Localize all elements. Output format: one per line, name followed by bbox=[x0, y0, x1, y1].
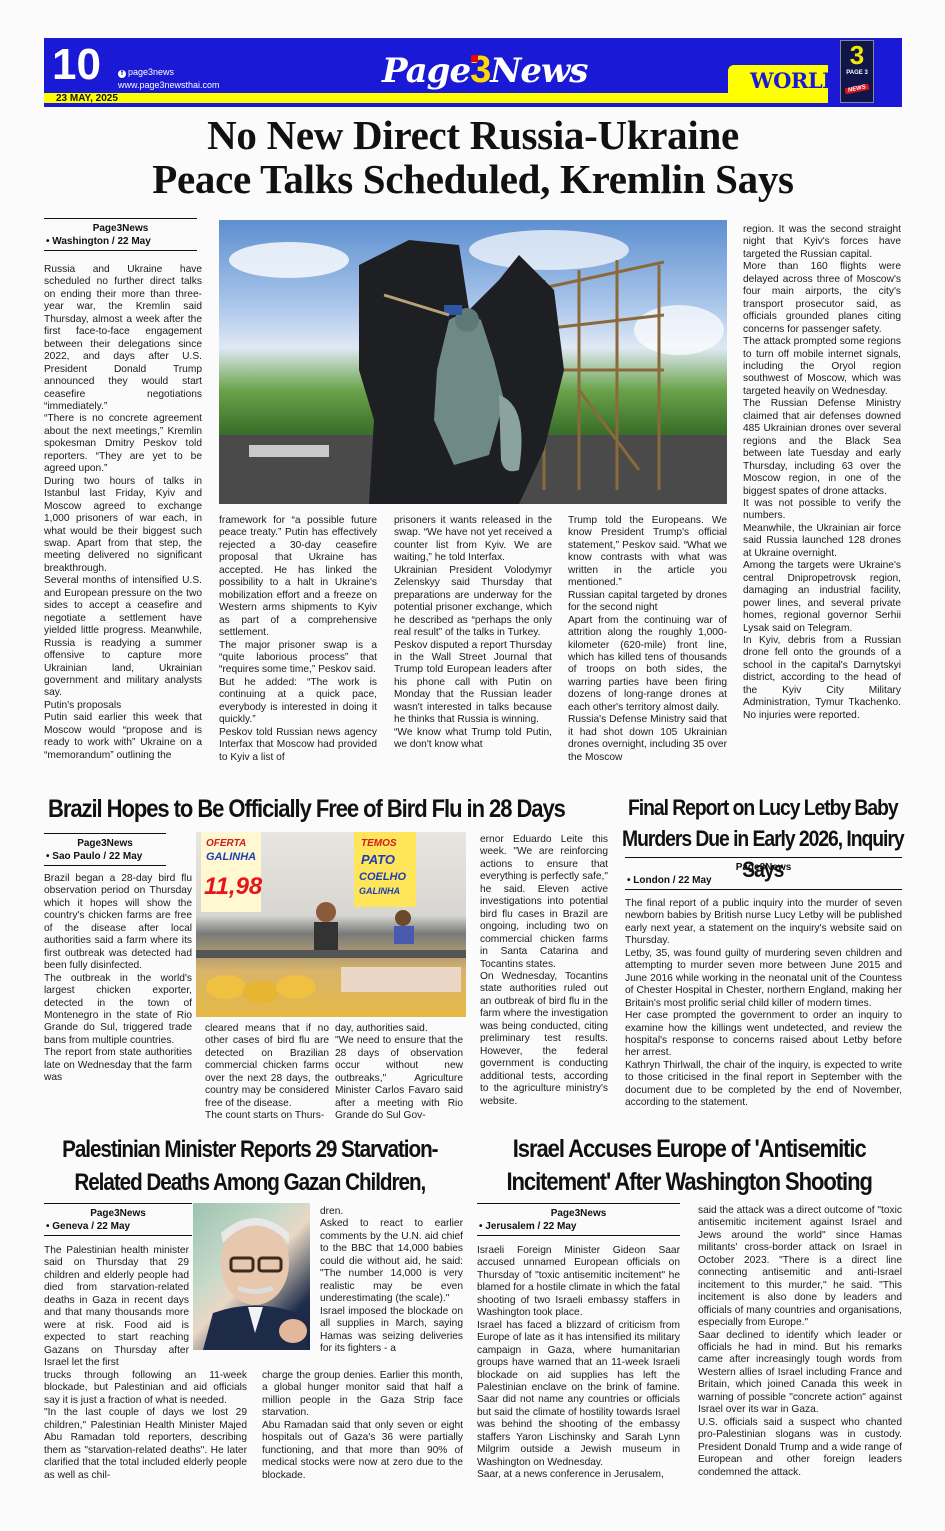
minister-portrait-image bbox=[193, 1203, 310, 1350]
article-column: Trump told the Europeans. We know Presid… bbox=[568, 515, 727, 764]
paragraph: Her case prompted the government to orde… bbox=[625, 1010, 902, 1060]
byline: Page3News • Washington / 22 May bbox=[44, 218, 197, 251]
subheading: Putin's proposals bbox=[44, 700, 202, 712]
paragraph: The final report of a public inquiry int… bbox=[625, 898, 902, 948]
byline-source: Page3News bbox=[625, 861, 902, 874]
paragraph: Asked to react to earlier comments by th… bbox=[320, 1218, 463, 1305]
subheading: Russian capital targeted by drones for t… bbox=[568, 590, 727, 615]
paragraph: Israel has faced a blizzard of criticism… bbox=[477, 1320, 680, 1469]
israel-headline: Israel Accuses Europe of 'Antisemitic In… bbox=[478, 1133, 900, 1199]
paragraph: said the attack was a direct outcome of … bbox=[698, 1205, 902, 1330]
article-column: said the attack was a direct outcome of … bbox=[698, 1205, 902, 1479]
article-column: framework for “a possible future peace t… bbox=[219, 515, 377, 764]
brazil-headline: Brazil Hopes to Be Officially Free of Bi… bbox=[48, 793, 565, 825]
paragraph: It was not possible to verify the number… bbox=[743, 498, 901, 523]
svg-text:11,98: 11,98 bbox=[204, 873, 263, 900]
paragraph: Israel imposed the blockade on all suppl… bbox=[320, 1306, 463, 1356]
page3-news-logo-icon: 3 PAGE 3 NEWS bbox=[840, 40, 874, 103]
brand-three: 3 bbox=[470, 49, 490, 91]
paragraph: framework for “a possible future peace t… bbox=[219, 515, 377, 640]
headline-line: Peace Talks Scheduled, Kremlin Says bbox=[44, 157, 902, 201]
article-column: dren. Asked to react to earlier comments… bbox=[320, 1206, 463, 1355]
headline-line: Israel Accuses Europe of 'Antisemitic bbox=[478, 1133, 900, 1166]
paragraph: Russia and Ukraine have scheduled no fur… bbox=[44, 264, 202, 413]
paragraph: Ukrainian President Volodymyr Zelenskyy … bbox=[394, 565, 552, 640]
paragraph: During two hours of talks in Istanbul la… bbox=[44, 476, 202, 576]
paragraph: Saar, at a news conference in Jerusalem, bbox=[477, 1469, 680, 1481]
svg-text:GALINHA: GALINHA bbox=[206, 851, 256, 863]
headline-line: Incitement' After Washington Shooting bbox=[478, 1166, 900, 1199]
article-column: Russia and Ukraine have scheduled no fur… bbox=[44, 264, 202, 762]
section-label: WORLD bbox=[750, 66, 840, 96]
masthead-yellow-band bbox=[44, 93, 734, 103]
article-column: Brazil began a 28-day bird flu observati… bbox=[44, 873, 192, 1085]
paragraph: “There is no concrete agreement about th… bbox=[44, 413, 202, 475]
logo-number: 3 bbox=[841, 41, 873, 69]
paragraph: The Russian Defense Ministry claimed tha… bbox=[743, 398, 901, 498]
svg-text:OFERTA: OFERTA bbox=[206, 838, 246, 849]
byline-source: Page3News bbox=[44, 1207, 192, 1220]
statue-image bbox=[219, 220, 727, 504]
svg-text:PATO: PATO bbox=[361, 852, 395, 867]
byline-source: Page3News bbox=[44, 837, 166, 850]
byline-location: • Washington / 22 May bbox=[44, 235, 197, 248]
paragraph: “We know what Trump told Putin, we don't… bbox=[394, 727, 552, 752]
article-photo-minister bbox=[193, 1203, 310, 1350]
paragraph: Among the targets were Ukraine's central… bbox=[743, 560, 901, 635]
byline-source: Page3News bbox=[44, 222, 197, 235]
website-link[interactable]: www.page3newsthai.com bbox=[118, 79, 220, 92]
svg-text:GALINHA: GALINHA bbox=[359, 886, 400, 896]
article-column: ernor Eduardo Leite this week. "We are r… bbox=[480, 834, 608, 1108]
byline-location: • Geneva / 22 May bbox=[44, 1220, 192, 1233]
svg-text:TEMOS: TEMOS bbox=[361, 838, 397, 849]
paragraph: "In the last couple of days we lost 29 c… bbox=[44, 1407, 247, 1482]
paragraph: ernor Eduardo Leite this week. "We are r… bbox=[480, 834, 608, 971]
brand-logo: Page3News bbox=[382, 48, 587, 93]
paragraph: Kathryn Thirlwall, the chair of the inqu… bbox=[625, 1060, 902, 1110]
brand-left: Page bbox=[382, 51, 470, 91]
paragraph: Saar declined to identify which leader o… bbox=[698, 1330, 902, 1417]
paragraph: Israeli Foreign Minister Gideon Saar acc… bbox=[477, 1245, 680, 1320]
byline-source: Page3News bbox=[477, 1207, 680, 1220]
page-number: 10 bbox=[52, 40, 101, 90]
byline: Page3News • Sao Paulo / 22 May bbox=[44, 833, 166, 866]
paragraph: Peskov told Russian news agency Interfax… bbox=[219, 727, 377, 764]
paragraph: Peskov disputed a report Thursday in the… bbox=[394, 640, 552, 727]
social-links: fpage3news www.page3newsthai.com bbox=[118, 66, 220, 92]
headline-line: No New Direct Russia-Ukraine bbox=[44, 113, 902, 157]
byline-location: • Sao Paulo / 22 May bbox=[44, 850, 166, 863]
paragraph: More than 160 flights were delayed acros… bbox=[743, 261, 901, 336]
paragraph: cleared means that if no other cases of … bbox=[205, 1023, 329, 1110]
paragraph: The major prisoner swap is a “quite labo… bbox=[219, 640, 377, 677]
paragraph: Meanwhile, the Ukrainian air force said … bbox=[743, 523, 901, 560]
paragraph: Russia's Defense Ministry said that it h… bbox=[568, 714, 727, 764]
article-photo-poultry-counter: OFERTA GALINHA 11,98 TEMOS PATO COELHO G… bbox=[196, 832, 466, 1017]
article-column: day, authorities said. "We need to ensur… bbox=[335, 1023, 463, 1123]
facebook-icon: f bbox=[118, 70, 126, 78]
article-column: trucks through following an 11-week bloc… bbox=[44, 1370, 247, 1482]
main-headline: No New Direct Russia-Ukraine Peace Talks… bbox=[44, 113, 902, 201]
paragraph: Abu Ramadan said that only seven or eigh… bbox=[262, 1420, 463, 1482]
byline-location: • Jerusalem / 22 May bbox=[477, 1220, 680, 1233]
paragraph: region. It was the second straight night… bbox=[743, 224, 901, 261]
logo-line2: NEWS bbox=[845, 84, 870, 95]
masthead: 10 fpage3news www.page3newsthai.com 23 M… bbox=[44, 38, 902, 107]
paragraph: The attack prompted some regions to turn… bbox=[743, 336, 901, 398]
paragraph: But he added: “The work is continuing at… bbox=[219, 677, 377, 727]
article-column: region. It was the second straight night… bbox=[743, 224, 901, 722]
paragraph: prisoners it wants released in the swap.… bbox=[394, 515, 552, 565]
paragraph: Letby, 35, was found guilty of murdering… bbox=[625, 948, 902, 1010]
paragraph: On Wednesday, Tocantins state authoritie… bbox=[480, 971, 608, 1108]
paragraph: The Palestinian health minister said on … bbox=[44, 1245, 189, 1370]
paragraph: "We need to ensure that the 28 days of o… bbox=[335, 1035, 463, 1122]
byline-location: • London / 22 May bbox=[625, 874, 902, 887]
logo-line1: PAGE 3 bbox=[841, 69, 873, 77]
paragraph: U.S. officials said a suspect who chante… bbox=[698, 1417, 902, 1479]
paragraph: day, authorities said. bbox=[335, 1023, 463, 1035]
headline-line: Palestinian Minister Reports 29 Starvati… bbox=[52, 1133, 448, 1166]
paragraph: Trump told the Europeans. We know Presid… bbox=[568, 515, 727, 590]
masthead-divider bbox=[44, 103, 902, 107]
article-column: The Palestinian health minister said on … bbox=[44, 1245, 189, 1370]
article-column: charge the group denies. Earlier this mo… bbox=[262, 1370, 463, 1482]
paragraph: dren. bbox=[320, 1206, 463, 1218]
paragraph: Several months of intensified U.S. and E… bbox=[44, 575, 202, 700]
article-column: cleared means that if no other cases of … bbox=[205, 1023, 329, 1123]
article-photo-statue bbox=[219, 220, 727, 504]
paragraph: Putin said earlier this week that Moscow… bbox=[44, 712, 202, 762]
byline: Page3News • London / 22 May bbox=[625, 857, 902, 890]
paragraph: The outbreak in the world's largest chic… bbox=[44, 973, 192, 1048]
paragraph: The count starts on Thurs- bbox=[205, 1110, 329, 1122]
headline-line: Final Report on Lucy Letby Baby bbox=[622, 792, 904, 823]
article-column: The final report of a public inquiry int… bbox=[625, 898, 902, 1110]
paragraph: In Kyiv, debris from a Russian drone fel… bbox=[743, 635, 901, 722]
brand-right: News bbox=[490, 51, 587, 91]
paragraph: Apart from the continuing war of attriti… bbox=[568, 615, 727, 715]
byline: Page3News • Jerusalem / 22 May bbox=[477, 1203, 680, 1236]
svg-text:COELHO: COELHO bbox=[359, 871, 407, 883]
poultry-counter-image: OFERTA GALINHA 11,98 TEMOS PATO COELHO G… bbox=[196, 832, 466, 1017]
paragraph: trucks through following an 11-week bloc… bbox=[44, 1370, 247, 1407]
paragraph: Brazil began a 28-day bird flu observati… bbox=[44, 873, 192, 973]
paragraph: charge the group denies. Earlier this mo… bbox=[262, 1370, 463, 1420]
article-column: prisoners it wants released in the swap.… bbox=[394, 515, 552, 752]
byline: Page3News • Geneva / 22 May bbox=[44, 1203, 192, 1236]
facebook-handle[interactable]: page3news bbox=[128, 67, 174, 77]
article-column: Israeli Foreign Minister Gideon Saar acc… bbox=[477, 1245, 680, 1482]
paragraph: The report from state authorities late o… bbox=[44, 1047, 192, 1084]
